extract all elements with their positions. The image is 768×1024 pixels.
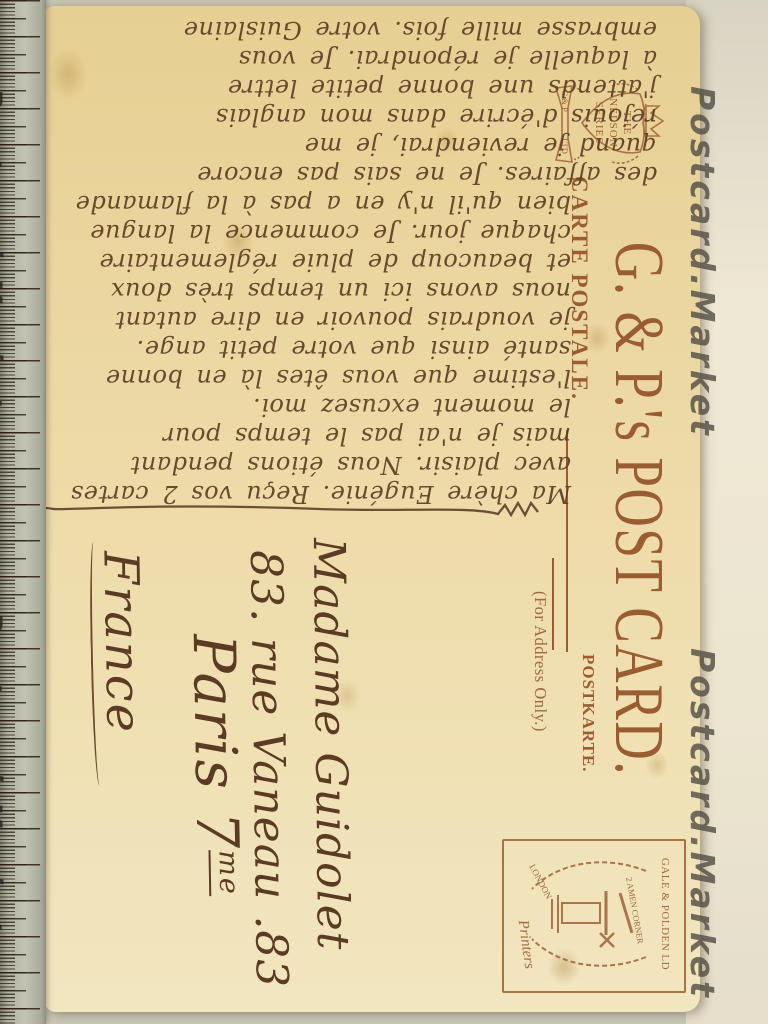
- printer-ribbon-city: LONDON: [527, 862, 554, 901]
- printer-name-banner: GALE & POLDEN LD: [659, 858, 671, 970]
- ruler: Postcard.Market Postcard.Market: [0, 0, 46, 1024]
- message-line: l'estime que vous êtes là en bonne: [45, 363, 571, 392]
- message-line: avec plaisir. Nous étions pendant: [45, 450, 571, 479]
- message-line: embrasse mille fois. votre Guislaine: [45, 15, 657, 44]
- message-line: je voudrais pouvoir en dire autant: [45, 305, 571, 334]
- subtitle-postkarte: POSTKARTE.: [578, 654, 598, 773]
- printed-rule: [552, 558, 554, 650]
- message-line: chaque jour. Je commence la langue: [45, 218, 571, 247]
- postcard-photo: G. & P.'s POST CARD. THE NELSON SERIES G…: [44, 6, 700, 1012]
- message-line: le moment excusez moi.: [45, 392, 571, 421]
- message-line: mais je n'ai pas le temps pour: [45, 421, 571, 450]
- address-city-text: Paris 7: [180, 633, 252, 851]
- message-line: à laquelle je répondrai. Je vous: [45, 44, 657, 73]
- address-city: Paris 7me: [180, 633, 253, 896]
- message-line: nous avons ici un temps très doux: [45, 276, 571, 305]
- watermark-text: Postcard.Market: [683, 86, 722, 438]
- ruler-brand-text: Postcard.Market: [0, 612, 7, 938]
- printer-emblem-icon: GALE & POLDEN LD 2 AMEN CORNER LONDON Pr…: [508, 841, 684, 987]
- handwritten-message: Ma chère Eugénie. Reçu vos 2 cartesavec …: [45, 8, 657, 514]
- watermark-text: Postcard.Market: [683, 648, 722, 1000]
- address-city-suffix: me: [208, 850, 244, 896]
- printer-script: Printers: [514, 918, 537, 970]
- printer-ribbon-address: 2 AMEN CORNER: [624, 876, 646, 945]
- message-line: santé ainsi que votre petit ange.: [45, 334, 571, 363]
- message-line: bien qu'il n'y en a pas à la flamande: [45, 189, 571, 218]
- ruler-brand-text: Postcard.Market: [0, 88, 7, 414]
- address-only-note: (For Address Only.): [530, 591, 550, 732]
- message-line: des affaires. Je ne sais pas encore: [45, 160, 657, 189]
- message-line: et beaucoup de pluie réglementaire: [45, 247, 571, 276]
- message-line: j'attends une bonne petite lettre: [45, 73, 657, 102]
- message-line: réjouis d'écrire dans mon anglais: [45, 102, 657, 131]
- message-line: quand je reviendrai, je me: [45, 131, 657, 160]
- message-line: Ma chère Eugénie. Reçu vos 2 cartes: [45, 479, 571, 508]
- printer-stamp-box: GALE & POLDEN LD 2 AMEN CORNER LONDON Pr…: [502, 839, 686, 993]
- address-name: Madame Guidolet: [303, 538, 358, 951]
